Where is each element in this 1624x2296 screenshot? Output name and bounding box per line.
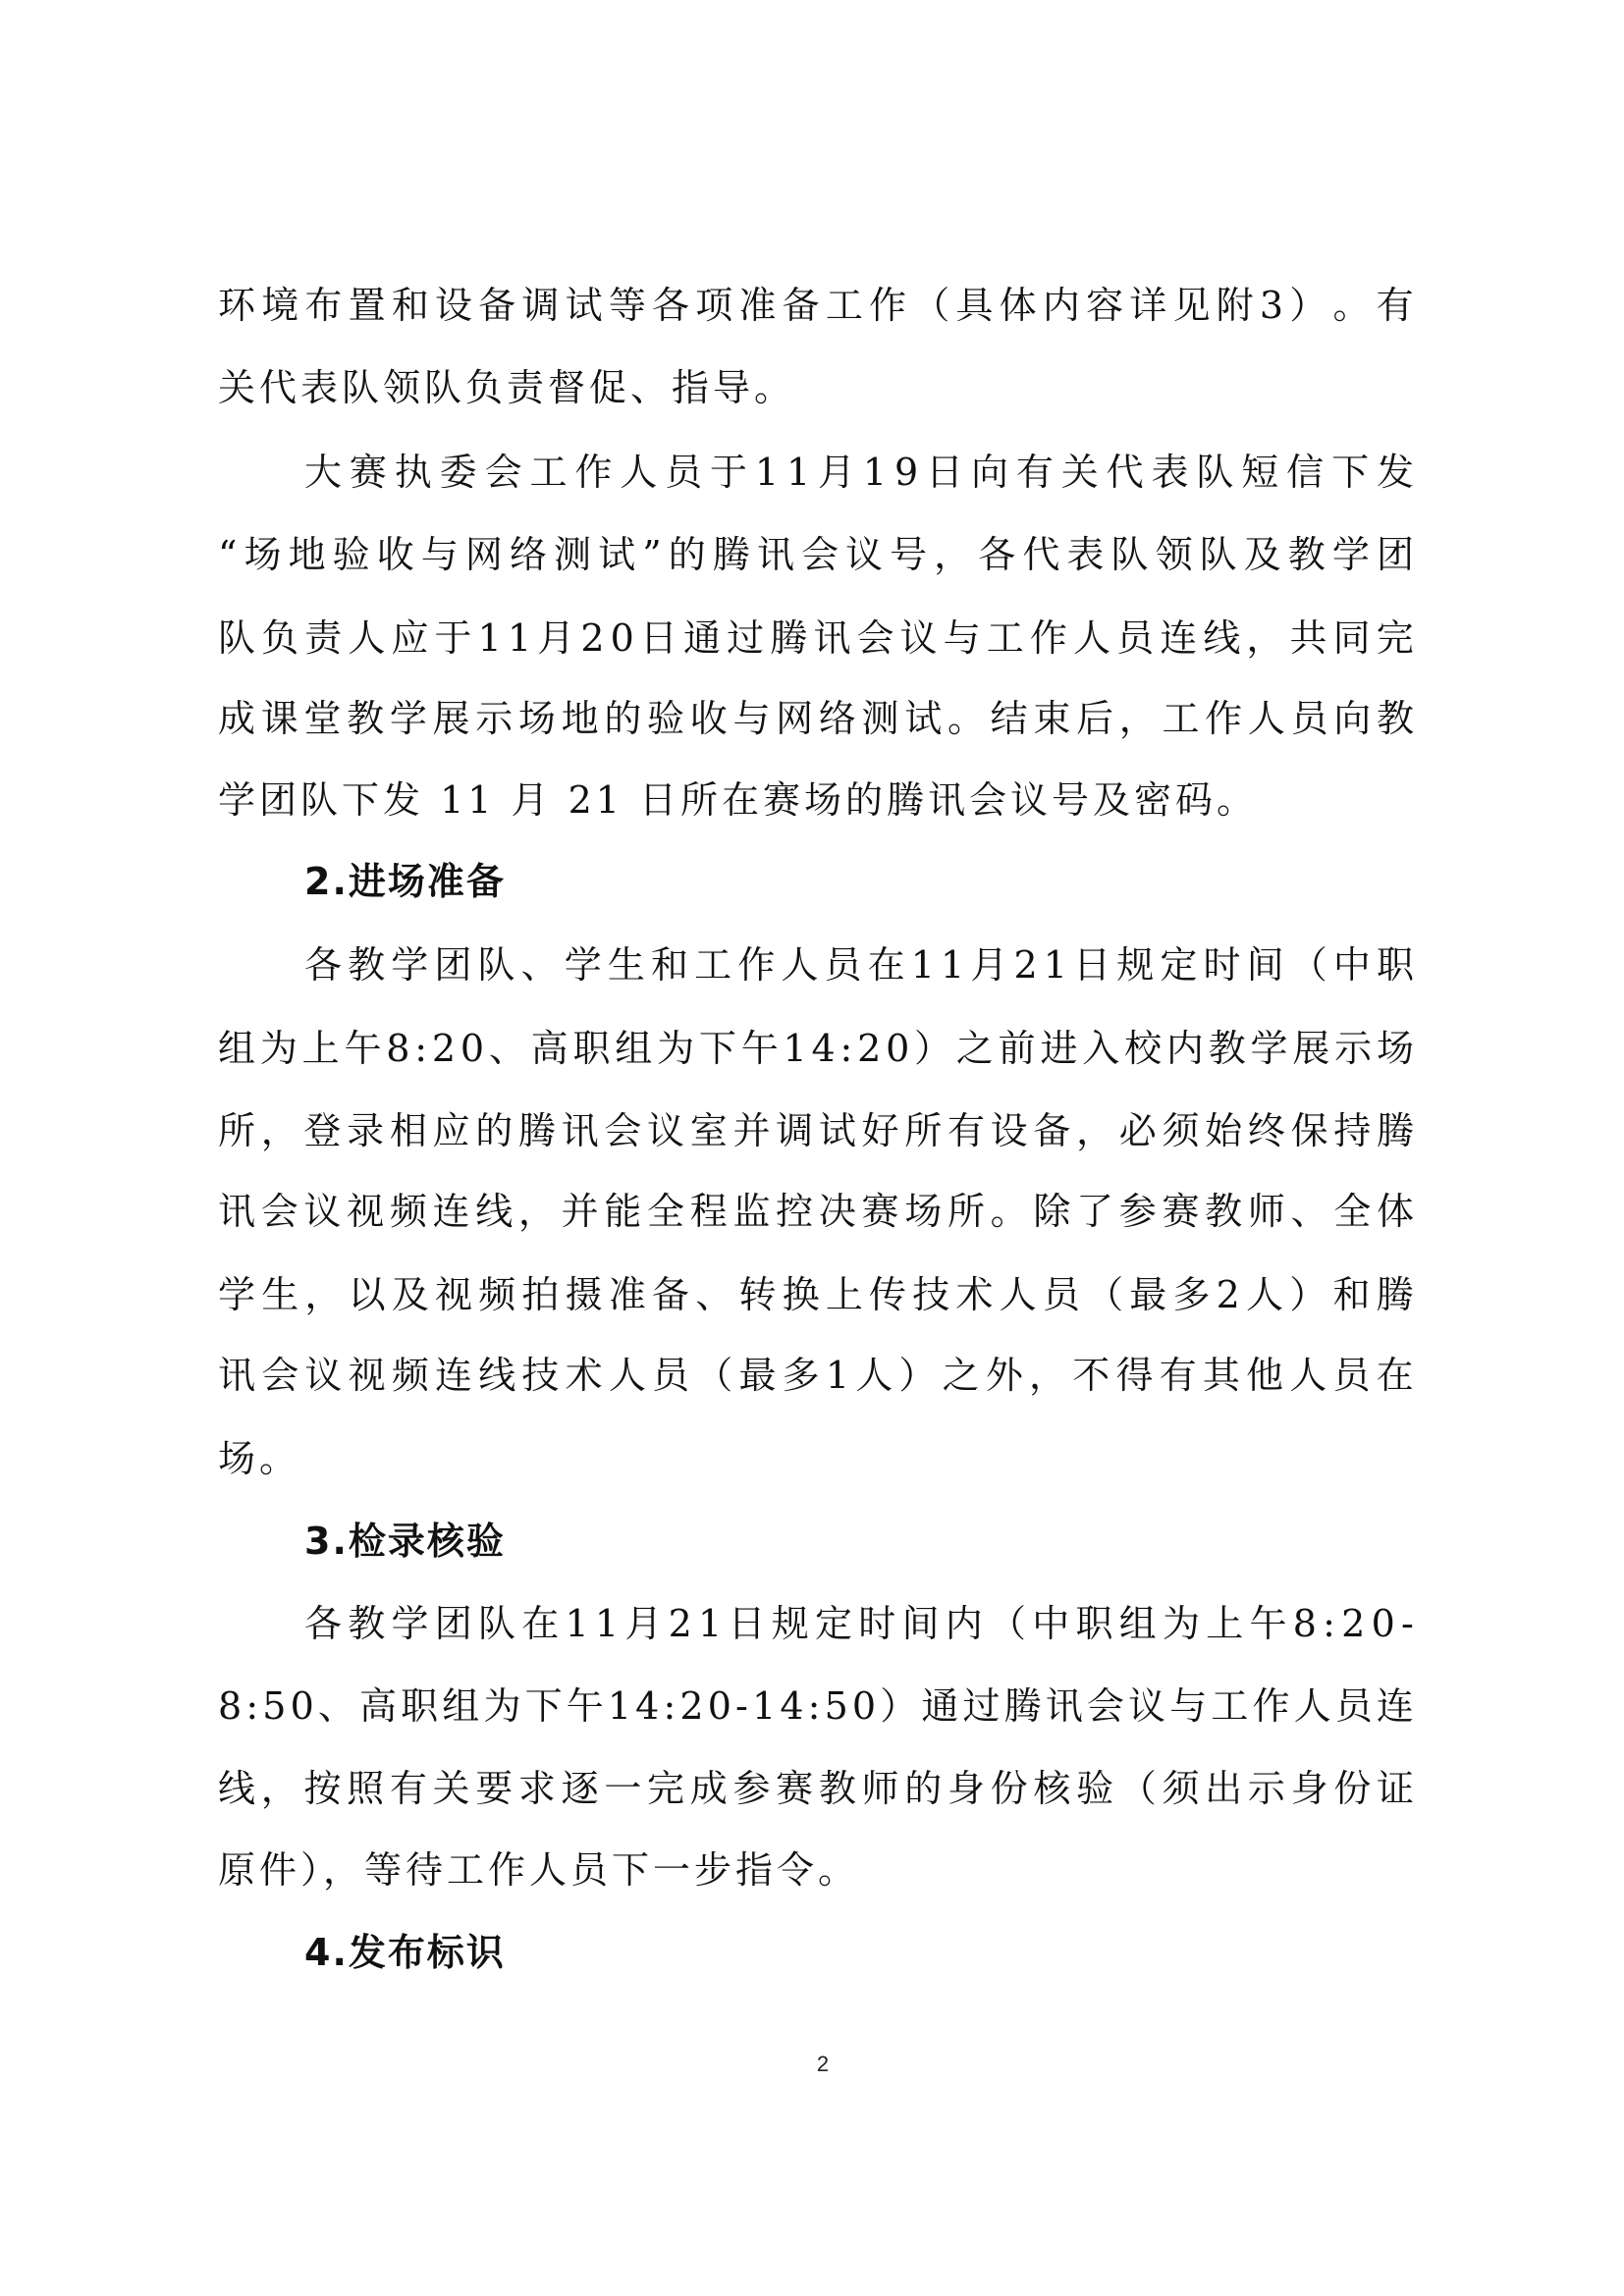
paragraph-line: 线，按照有关要求逐一完成参赛教师的身份核验（须出示身份证 — [218, 1759, 1414, 1818]
paragraph-line: 关代表队领队负责督促、指导。 — [218, 358, 1414, 417]
paragraph-line: 场。 — [218, 1429, 1414, 1488]
paragraph-line: 组为上午8:20、高职组为下午14:20）之前进入校内教学展示场 — [218, 1019, 1414, 1078]
paragraph-line: “场地验收与网络测试”的腾讯会议号，各代表队领队及教学团 — [218, 525, 1414, 584]
paragraph-line: 大赛执委会工作人员于11月19日向有关代表队短信下发 — [304, 443, 1414, 502]
paragraph-line: 原件），等待工作人员下一步指令。 — [218, 1841, 1414, 1899]
paragraph-line: 学生，以及视频拍摄准备、转换上传技术人员（最多2人）和腾 — [218, 1265, 1414, 1324]
paragraph-line: 成课堂教学展示场地的验收与网络测试。结束后，工作人员向教 — [218, 689, 1414, 748]
paragraph-line: 队负责人应于11月20日通过腾讯会议与工作人员连线，共同完 — [218, 609, 1414, 667]
paragraph-line: 所，登录相应的腾讯会议室并调试好所有设备，必须始终保持腾 — [218, 1101, 1414, 1160]
paragraph-line: 各教学团队在11月21日规定时间内（中职组为上午8:20- — [304, 1594, 1414, 1653]
section-heading: 4.发布标识 — [304, 1923, 506, 1982]
document-page: 环境布置和设备调试等各项准备工作（具体内容详见附3）。有 关代表队领队负责督促、… — [0, 0, 1624, 2296]
section-heading: 2.进场准备 — [304, 852, 506, 911]
paragraph-line: 讯会议视频连线技术人员（最多1人）之外，不得有其他人员在 — [218, 1346, 1414, 1405]
paragraph-line: 讯会议视频连线，并能全程监控决赛场所。除了参赛教师、全体 — [218, 1182, 1414, 1241]
paragraph-line: 8:50、高职组为下午14:20-14:50）通过腾讯会议与工作人员连 — [218, 1677, 1414, 1735]
paragraph-line: 各教学团队、学生和工作人员在11月21日规定时间（中职 — [304, 935, 1414, 994]
section-heading: 3.检录核验 — [304, 1512, 506, 1571]
paragraph-line: 学团队下发 11 月 21 日所在赛场的腾讯会议号及密码。 — [218, 771, 1414, 829]
page-number: 2 — [0, 2052, 1624, 2077]
paragraph-line: 环境布置和设备调试等各项准备工作（具体内容详见附3）。有 — [218, 276, 1414, 335]
